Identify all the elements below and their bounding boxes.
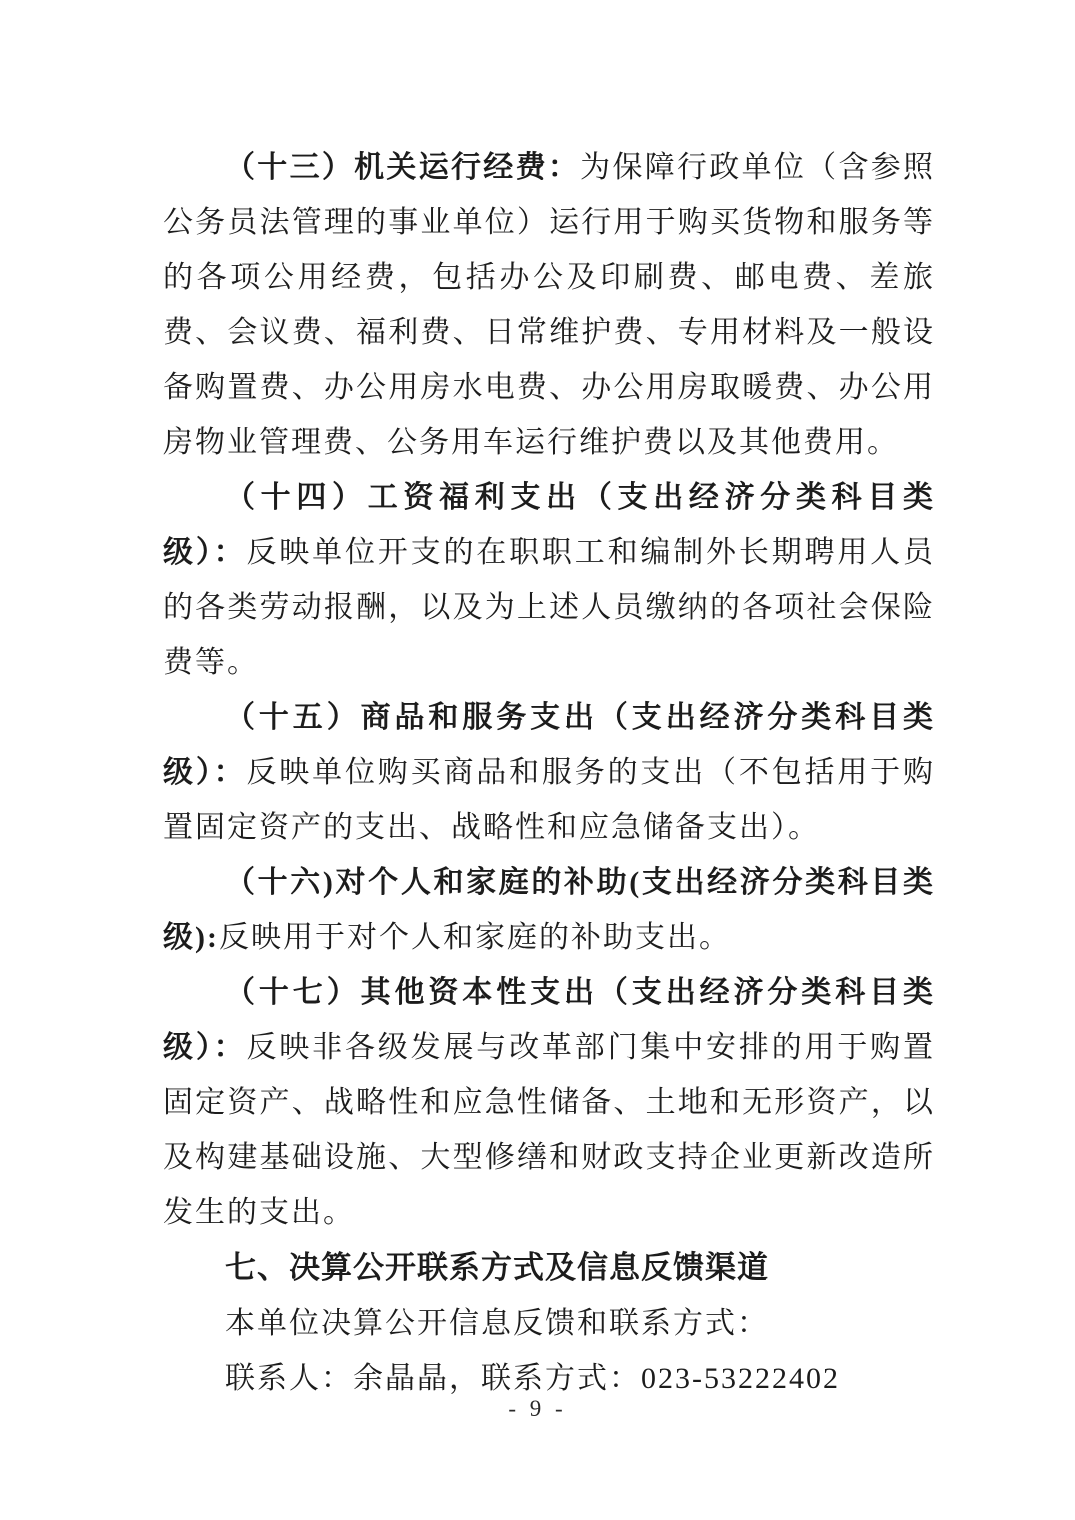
paragraph-13-text: 为保障行政单位（含参照公务员法管理的事业单位）运行用于购买货物和服务等的各项公用… xyxy=(163,151,935,459)
paragraph-14-text: 反映单位开支的在职职工和编制外长期聘用人员的各类劳动报酬，以及为上述人员缴纳的各… xyxy=(163,536,935,679)
paragraph-17-text: 反映非各级发展与改革部门集中安排的用于购置固定资产、战略性和应急性储备、土地和无… xyxy=(163,1031,935,1229)
paragraph-item-15: （十五）商品和服务支出（支出经济分类科目类级）：反映单位购买商品和服务的支出（不… xyxy=(163,690,935,855)
page-number: - 9 - xyxy=(0,1396,1075,1422)
paragraph-item-14: （十四）工资福利支出（支出经济分类科目类级）：反映单位开支的在职职工和编制外长期… xyxy=(163,470,935,690)
paragraph-item-13: （十三）机关运行经费：为保障行政单位（含参照公务员法管理的事业单位）运行用于购买… xyxy=(163,140,935,470)
section-heading-contact: 七、决算公开联系方式及信息反馈渠道 xyxy=(163,1240,935,1296)
paragraph-15-text: 反映单位购买商品和服务的支出（不包括用于购置固定资产的支出、战略性和应急储备支出… xyxy=(163,756,935,844)
document-page: （十三）机关运行经费：为保障行政单位（含参照公务员法管理的事业单位）运行用于购买… xyxy=(0,0,1075,1520)
paragraph-16-text: 反映用于对个人和家庭的补助支出。 xyxy=(219,921,731,954)
paragraph-item-17: （十七）其他资本性支出（支出经济分类科目类级）：反映非各级发展与改革部门集中安排… xyxy=(163,965,935,1240)
contact-intro-line: 本单位决算公开信息反馈和联系方式： xyxy=(163,1296,935,1351)
document-body: （十三）机关运行经费：为保障行政单位（含参照公务员法管理的事业单位）运行用于购买… xyxy=(163,140,935,1406)
paragraph-item-16: （十六)对个人和家庭的补助(支出经济分类科目类级):反映用于对个人和家庭的补助支… xyxy=(163,855,935,965)
paragraph-13-heading: （十三）机关运行经费： xyxy=(225,151,580,184)
